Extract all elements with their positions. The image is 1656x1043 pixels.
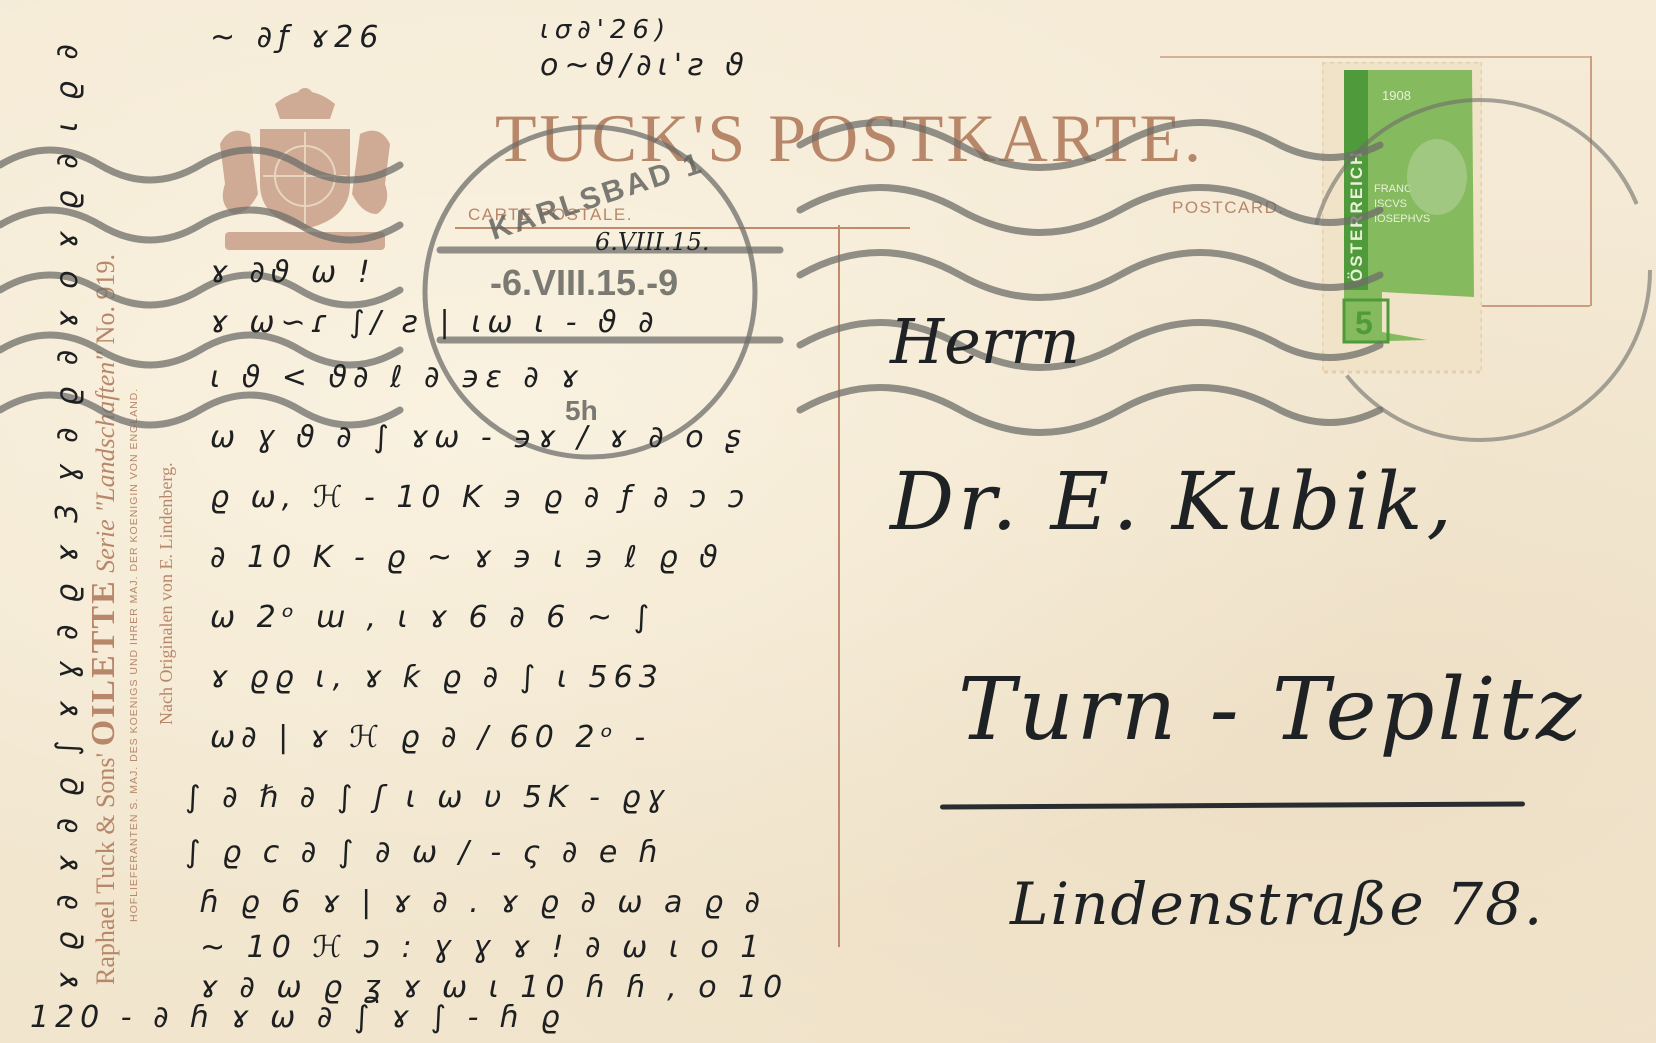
stamp-box-right-rule (1590, 56, 1592, 306)
series-brand: OILETTE (85, 579, 122, 746)
message-line: ισ∂'26) (540, 15, 671, 45)
message-margin-text: ɤ ϱ ∂ ɤ ∂ ϱ ∫ ɤ ɣ ∂ ϱ ɤ 3 ɣ ∂ ϱ ∂ ɤ ο ɤ … (50, 38, 85, 990)
message-line: ɤ ∂ϑ ω ! (210, 255, 376, 290)
message-line: ϱ ω, ℋ - 10 K ϶ ϱ ∂ ƒ ∂ ɔ ɔ (210, 480, 751, 515)
message-line: ι ϑ < ϑ∂ ℓ ∂ ϶ε ∂ ɤ (210, 360, 584, 395)
center-divider-line (838, 225, 840, 947)
royal-warrant-line: HOFLIEFERANTEN S. MAJ. DES KOENIGS UND I… (128, 388, 140, 922)
artist-credit-line: Nach Originalen von E. Lindenberg. (156, 462, 177, 725)
postmark-date: -6.VIII.15.-9 (490, 262, 678, 304)
address-city-underline (940, 801, 1525, 809)
svg-text:1908: 1908 (1382, 88, 1411, 103)
message-line: ɤ ω∽ɾ ∫/ ƨ | ιω ι - ϑ ∂ (210, 305, 660, 340)
svg-text:ÖSTERREICH: ÖSTERREICH (1347, 151, 1366, 282)
message-line: ∫ ∂ ℏ ∂ ∫ ʃ ι ω υ 5K - ϱɣ (185, 780, 670, 815)
handwritten-date: 6.VIII.15. (595, 228, 709, 256)
svg-text:IOSEPHVS: IOSEPHVS (1374, 213, 1430, 225)
publisher-line: Raphael Tuck & Sons' OILETTE Serie "Land… (85, 254, 123, 985)
svg-text:ISCVS: ISCVS (1374, 198, 1407, 210)
address-recipient-name: Dr. E. Kubik, (890, 455, 1456, 548)
message-line: ɦ ϱ 6 ɤ | ɤ ∂ . ɤ ϱ ∂ ω a ϱ ∂ (200, 885, 766, 920)
publisher-name: Raphael Tuck & Sons' (91, 753, 120, 985)
royal-coat-of-arms-icon (205, 84, 405, 254)
message-line: ∫ ϱ c ∂ ∫ ∂ ω / - ς ∂ e ɦ (185, 835, 664, 870)
message-line: ω ɣ ϑ ∂ ∫ ɤω - ϶ɤ ∕ ɤ ∂ ο ʂ (210, 420, 747, 455)
address-city: Turn - Teplitz (958, 660, 1585, 760)
message-line: ~ ∂ƒ ɤ26 (210, 20, 384, 55)
message-line: ∂ 10 K - ϱ ~ ɤ ϶ ι ϶ ℓ ϱ ϑ (210, 540, 724, 575)
postcard-label: POSTCARD. (1172, 198, 1285, 218)
series-name: Serie "Landschaften" (91, 351, 120, 573)
message-line: ο~ϑ∕∂ι'ƨ ϑ (540, 48, 750, 83)
postage-stamp-icon: 5 1908 FRANC ISCVS IOSEPHVS ÖSTERREICH (1322, 62, 1482, 382)
message-line: ω∂ | ɤ ℋ ϱ ∂ / 60 2ᵒ - (210, 720, 651, 755)
address-salutation: Herrn (890, 305, 1080, 378)
message-line: 120 - ∂ ɦ ɤ ω ∂ ∫ ɤ ∫ - ɦ ϱ (30, 1000, 566, 1035)
postcard-title: TUCK'S POSTKARTE. (495, 104, 1204, 172)
svg-text:5: 5 (1355, 305, 1373, 341)
address-street: Lindenstraße 78. (1010, 870, 1544, 938)
message-line: ~ 10 ℋ ɔ : ɣ ɣ ɤ ! ∂ ω ι ο 1 (200, 930, 765, 965)
svg-text:FRANC: FRANC (1374, 183, 1412, 195)
divider-top-right-rule (1160, 56, 1590, 58)
message-line: ω 2ᵒ ɯ , ι ɤ 6 ∂ 6 ~ ∫ (210, 600, 655, 635)
series-number: No. 919. (91, 254, 120, 344)
postcard-back: TUCK'S POSTKARTE. CARTE POSTALE. POSTCAR… (0, 0, 1656, 1043)
message-line: ɤ ϱϱ ɩ, ɤ ƙ ϱ ∂ ∫ ι 563 (210, 660, 664, 695)
